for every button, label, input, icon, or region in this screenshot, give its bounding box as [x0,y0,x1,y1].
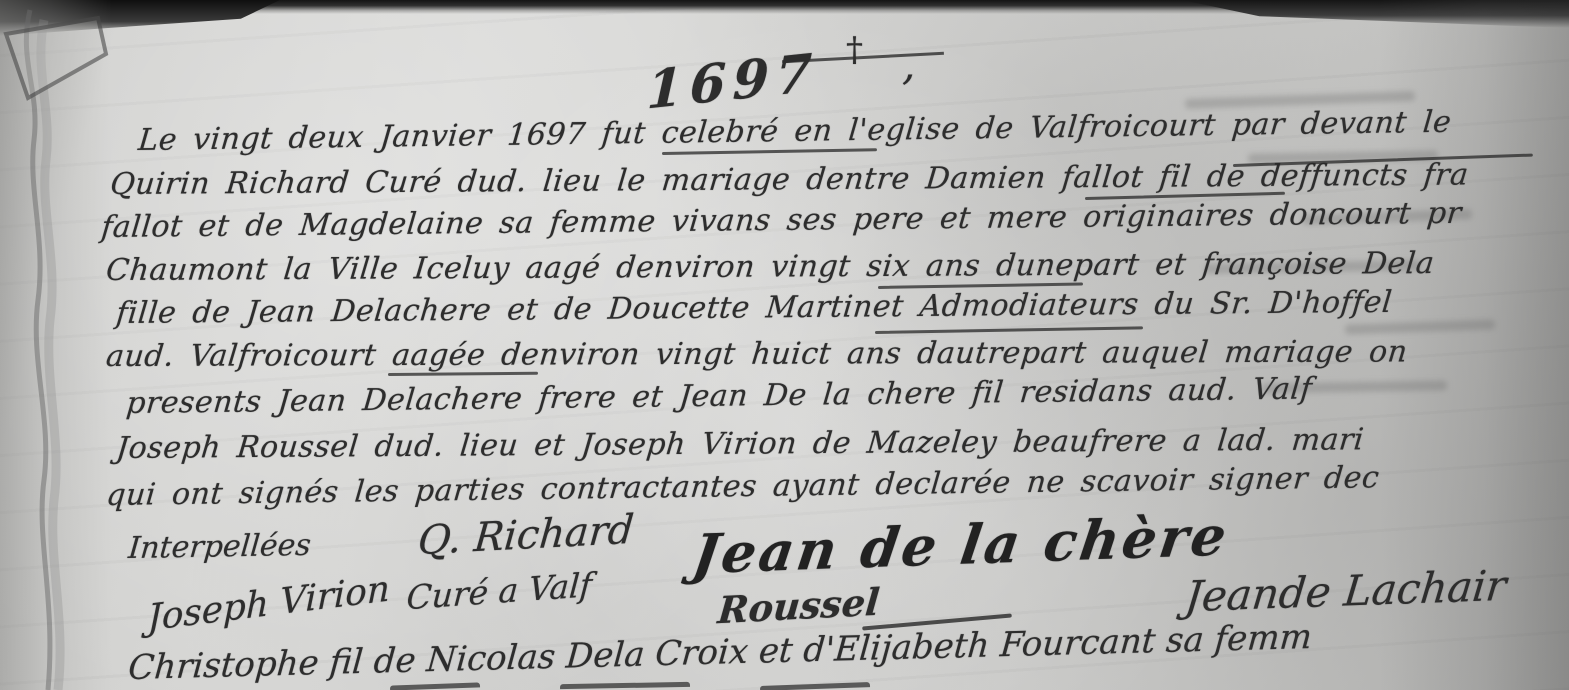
cut-off-line-strokes [560,682,690,689]
cross-mark-icon: † [846,30,863,70]
record-line: aud. Valfroicourt aagée denviron vingt h… [104,334,1409,374]
record-line: fallot et de Magdelaine sa femme vivans … [100,196,1464,245]
record-line: presents Jean Delachere frere et Jean De… [125,372,1314,422]
cut-off-line-strokes [760,682,870,690]
record-line: fille de Jean Delachere et de Doucette M… [115,285,1394,331]
closing-word: Interpellées [127,528,312,566]
strikethrough-mark [875,326,1143,334]
comma-tick-mark: , [902,40,915,89]
signature-officiant: Q. Richard [416,507,636,565]
record-line: Joseph Roussel dud. lieu et Joseph Virio… [115,422,1366,466]
manuscript-scan: † , 1697 Le vingt deux Janvier 1697 fut … [0,0,1569,690]
signature-groom-scrawl: Jean de la chère [689,503,1233,586]
record-line: Chaumont la Ville Iceluy aagé denviron v… [105,246,1437,288]
strikethrough-mark [388,372,538,376]
signature-witness-virion: Joseph Virion [147,568,390,639]
signature-witness-roussel: Roussel [716,580,881,633]
cut-off-line-strokes [390,682,480,690]
year-heading: 1697 [646,42,820,122]
signature-officiant-title: Curé a Valf [405,565,593,617]
